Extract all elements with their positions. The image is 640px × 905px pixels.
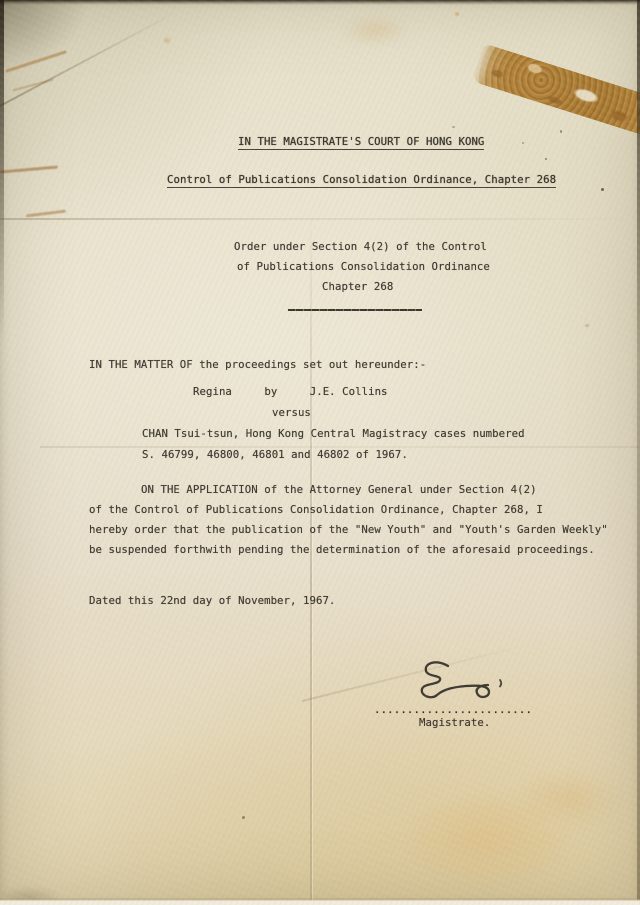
matter-respondent: CHAN Tsui-tsun, Hong Kong Central Magist…: [142, 428, 525, 440]
paper-speck: [242, 816, 245, 819]
paper-speck: [545, 158, 547, 160]
application-line2: of the Control of Publications Consolida…: [89, 504, 543, 516]
stain-streak: [0, 165, 58, 173]
scan-edge-left: [0, 0, 4, 340]
paper-speck: [455, 12, 459, 16]
magistrate-label: Magistrate.: [419, 717, 490, 729]
paper-speck: [560, 130, 562, 133]
matter-cases: S. 46799, 46800, 46801 and 46802 of 1967…: [142, 449, 408, 461]
application-line3: hereby order that the publication of the…: [89, 524, 608, 536]
paper-speck: [585, 324, 589, 327]
paper-speck: [452, 126, 455, 128]
bottom-right-stain: [378, 758, 628, 903]
scanned-document-page: IN THE MAGISTRATE'S COURT OF HONG KONG C…: [0, 0, 640, 905]
matter-intro: IN THE MATTER OF the proceedings set out…: [89, 359, 426, 371]
tape-residue-stain: [471, 43, 640, 138]
court-title: IN THE MAGISTRATE'S COURT OF HONG KONG: [238, 136, 484, 150]
order-heading-line3: Chapter 268: [322, 281, 393, 293]
stain-streak: [12, 79, 53, 92]
paper-speck: [164, 38, 170, 43]
application-line1: ON THE APPLICATION of the Attorney Gener…: [141, 484, 537, 496]
paper-speck: [522, 142, 524, 144]
scan-edge-top: [0, 0, 640, 5]
scan-edge-bottom: [0, 898, 640, 905]
dated-line: Dated this 22nd day of November, 1967.: [89, 595, 335, 607]
ordinance-title: Control of Publications Consolidation Or…: [167, 174, 556, 188]
yellow-stain: [330, 10, 420, 50]
order-heading-line2: of Publications Consolidation Ordinance: [237, 261, 490, 273]
horizontal-crease: [0, 218, 640, 220]
signature-dotted-line: ........................: [374, 704, 532, 716]
stain-streak: [26, 210, 66, 218]
paper-speck: [601, 188, 604, 191]
application-line4: be suspended forthwith pending the deter…: [89, 544, 595, 556]
order-heading-line1: Order under Section 4(2) of the Control: [234, 241, 487, 253]
matter-versus: versus: [272, 407, 311, 419]
matter-parties: Regina by J.E. Collins: [193, 386, 388, 398]
heading-rule: [288, 309, 422, 311]
